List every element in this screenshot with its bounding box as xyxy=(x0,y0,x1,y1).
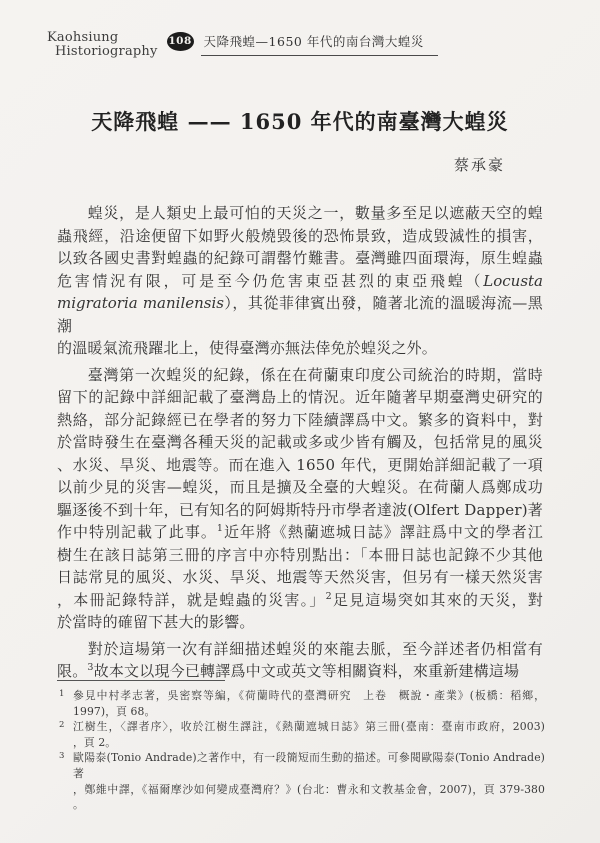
text-run: 的溫暖氣流飛躍北上，使得臺灣亦無法倖免於蝗災之外。 xyxy=(57,339,437,357)
running-title: 天降飛蝗—1650 年代的南台灣大蝗災 xyxy=(201,32,438,56)
species-name: migratoria manilensis xyxy=(57,294,224,312)
text-run: 對於這場第一次有詳細描述蝗災的來龍去脈，至今詳述者仍相當有 xyxy=(88,640,543,658)
footnote-number: 3 xyxy=(59,750,64,762)
body-line: 蝗災，是人類史上最可怕的天災之一，數量多至足以遮蔽天空的蝗 xyxy=(57,202,543,225)
footnote: 1參見中村孝志著，吳密察等編，《荷蘭時代的臺灣研究 上卷 概說・產業》(板橋：稻… xyxy=(57,688,545,719)
journal-name: Kaohsiung Historiography xyxy=(47,31,158,59)
footnote-line: 歐陽泰(Tonio Andrade)之著作中，有一段簡短而生動的描述。可參閱歐陽… xyxy=(73,750,545,781)
document-page: Kaohsiung Historiography 108 天降飛蝗—1650 年… xyxy=(0,0,600,843)
footnote-separator xyxy=(57,680,225,681)
text-run: 近年將《熱蘭遮城日誌》譯註爲中文的學者江 xyxy=(223,523,543,541)
body-line: 、水災、旱災、地震等。而在進入 1650 年代，更開始詳細記載了一項 xyxy=(57,454,543,477)
body-line: 日誌常見的風災、水災、旱災、地震等天然災害，但另有一樣天然災害 xyxy=(57,566,543,589)
author-name: 蔡承豪 xyxy=(454,154,505,175)
body-line: migratoria manilensis），其從菲律賓出發，隨著北流的溫暖海流… xyxy=(57,292,543,337)
body-line: 作中特別記載了此事。1近年將《熱蘭遮城日誌》譯註爲中文的學者江 xyxy=(57,521,543,544)
body-line: 熱絡，部分記錄經已在學者的努力下陸續譯爲中文。繁多的資料中，對 xyxy=(57,409,543,432)
text-run: 以致各國史書對蝗蟲的紀錄可謂罄竹難書。臺灣雖四面環海，原生蝗蟲 xyxy=(57,249,543,267)
text-run: 熱絡，部分記錄經已在學者的努力下陸續譯爲中文。繁多的資料中，對 xyxy=(57,411,543,429)
text-run: 於當時的確留下甚大的影響。 xyxy=(57,613,255,631)
body-line: ，本冊記錄特詳，就是蝗蟲的災害。」2足見這場突如其來的天災，對 xyxy=(57,589,543,612)
species-name: Locusta xyxy=(483,272,543,290)
footnote-line: 1997)，頁 68。 xyxy=(73,704,545,720)
body-line: 對於這場第一次有詳細描述蝗災的來龍去脈，至今詳述者仍相當有 xyxy=(57,638,543,661)
text-run: 故本文以現今已轉譯爲中文或英文等相關資料，來重新建構這場 xyxy=(94,662,520,680)
body-line: 樹生在該日誌第三冊的序言中亦特別點出：「本冊日誌也記錄不少其他 xyxy=(57,544,543,567)
footnote-line: 。 xyxy=(73,797,545,813)
text-run: 蝗災，是人類史上最可怕的天災之一，數量多至足以遮蔽天空的蝗 xyxy=(88,204,543,222)
article-body: 蝗災，是人類史上最可怕的天災之一，數量多至足以遮蔽天空的蝗蟲飛經，沿途便留下如野… xyxy=(57,202,543,687)
text-run: 樹生在該日誌第三冊的序言中亦特別點出：「本冊日誌也記錄不少其他 xyxy=(57,546,543,564)
text-run: 日誌常見的風災、水災、旱災、地震等天然災害，但另有一樣天然災害 xyxy=(57,568,543,586)
page-number-badge: 108 xyxy=(167,32,194,51)
paragraph: 蝗災，是人類史上最可怕的天災之一，數量多至足以遮蔽天空的蝗蟲飛經，沿途便留下如野… xyxy=(57,202,543,360)
body-line: 驅逐後不到十年，已有知名的阿姆斯特丹市學者達波(Olfert Dapper)著 xyxy=(57,499,543,522)
text-run: 足見這場突如其來的天災，對 xyxy=(332,591,543,609)
body-line: 以前少見的災害—蝗災，而且是擴及全臺的大蝗災。在荷蘭人爲鄭成功 xyxy=(57,476,543,499)
footnote-line: ，頁 2。 xyxy=(73,735,545,751)
text-run: ，本冊記錄特詳，就是蝗蟲的災害。」 xyxy=(57,591,326,609)
text-run: 、水災、旱災、地震等。而在進入 1650 年代，更開始詳細記載了一項 xyxy=(57,456,543,474)
text-run: 留下的記錄中詳細記載了臺灣島上的情況。近年隨著早期臺灣史研究的 xyxy=(57,388,543,406)
text-run: 蟲飛經，沿途便留下如野火般燒毀後的恐怖景致，造成毀滅性的損害， xyxy=(57,227,543,245)
text-run: 臺灣第一次蝗災的紀錄，係在在荷蘭東印度公司統治的時期，當時 xyxy=(88,366,543,384)
journal-name-top: Kaohsiung xyxy=(47,31,158,45)
footnote-line: ，鄭維中譯，《福爾摩沙如何變成臺灣府？》(台北：曹永和文教基金會，2007)，頁… xyxy=(73,782,545,798)
text-run: 危害情況有限，可是至今仍危害東亞甚烈的東亞飛蝗（ xyxy=(57,272,483,290)
body-line: 蟲飛經，沿途便留下如野火般燒毀後的恐怖景致，造成毀滅性的損害， xyxy=(57,225,543,248)
text-run: 作中特別記載了此事。 xyxy=(57,523,217,541)
body-line: 危害情況有限，可是至今仍危害東亞甚烈的東亞飛蝗（Locusta xyxy=(57,270,543,293)
footnote: 2江樹生，〈譯者序〉，收於江樹生譯註，《熱蘭遮城日誌》第三冊(臺南：臺南市政府，… xyxy=(57,719,545,750)
footnote-line: 江樹生，〈譯者序〉，收於江樹生譯註，《熱蘭遮城日誌》第三冊(臺南：臺南市政府，2… xyxy=(73,719,545,735)
footnote: 3歐陽泰(Tonio Andrade)之著作中，有一段簡短而生動的描述。可參閱歐… xyxy=(57,750,545,812)
footnote-number: 1 xyxy=(59,688,64,700)
body-line: 於當時的確留下甚大的影響。 xyxy=(57,611,543,634)
article-title: 天降飛蝗 —— 1650 年代的南臺灣大蝗災 xyxy=(57,106,543,136)
footnote-number: 2 xyxy=(59,719,64,731)
paragraph: 對於這場第一次有詳細描述蝗災的來龍去脈，至今詳述者仍相當有限。3故本文以現今已轉… xyxy=(57,638,543,683)
text-run: 以前少見的災害—蝗災，而且是擴及全臺的大蝗災。在荷蘭人爲鄭成功 xyxy=(57,478,543,496)
footnotes-section: 1參見中村孝志著，吳密察等編，《荷蘭時代的臺灣研究 上卷 概說・產業》(板橋：稻… xyxy=(57,688,545,813)
body-line: 的溫暖氣流飛躍北上，使得臺灣亦無法倖免於蝗災之外。 xyxy=(57,337,543,360)
journal-name-bottom: Historiography xyxy=(47,45,158,59)
body-line: 以致各國史書對蝗蟲的紀錄可謂罄竹難書。臺灣雖四面環海，原生蝗蟲 xyxy=(57,247,543,270)
text-run: 於當時發生在臺灣各種天災的記載或多或少皆有觸及，包括常見的風災 xyxy=(57,433,543,451)
paragraph: 臺灣第一次蝗災的紀錄，係在在荷蘭東印度公司統治的時期，當時留下的記錄中詳細記載了… xyxy=(57,364,543,634)
footnote-line: 參見中村孝志著，吳密察等編，《荷蘭時代的臺灣研究 上卷 概說・產業》(板橋：稻鄉… xyxy=(73,688,545,704)
text-run: 限。 xyxy=(57,662,87,680)
page-header: Kaohsiung Historiography 108 天降飛蝗—1650 年… xyxy=(47,31,560,59)
text-run: 驅逐後不到十年，已有知名的阿姆斯特丹市學者達波(Olfert Dapper)著 xyxy=(57,501,543,519)
body-line: 於當時發生在臺灣各種天災的記載或多或少皆有觸及，包括常見的風災 xyxy=(57,431,543,454)
body-line: 臺灣第一次蝗災的紀錄，係在在荷蘭東印度公司統治的時期，當時 xyxy=(57,364,543,387)
body-line: 留下的記錄中詳細記載了臺灣島上的情況。近年隨著早期臺灣史研究的 xyxy=(57,386,543,409)
